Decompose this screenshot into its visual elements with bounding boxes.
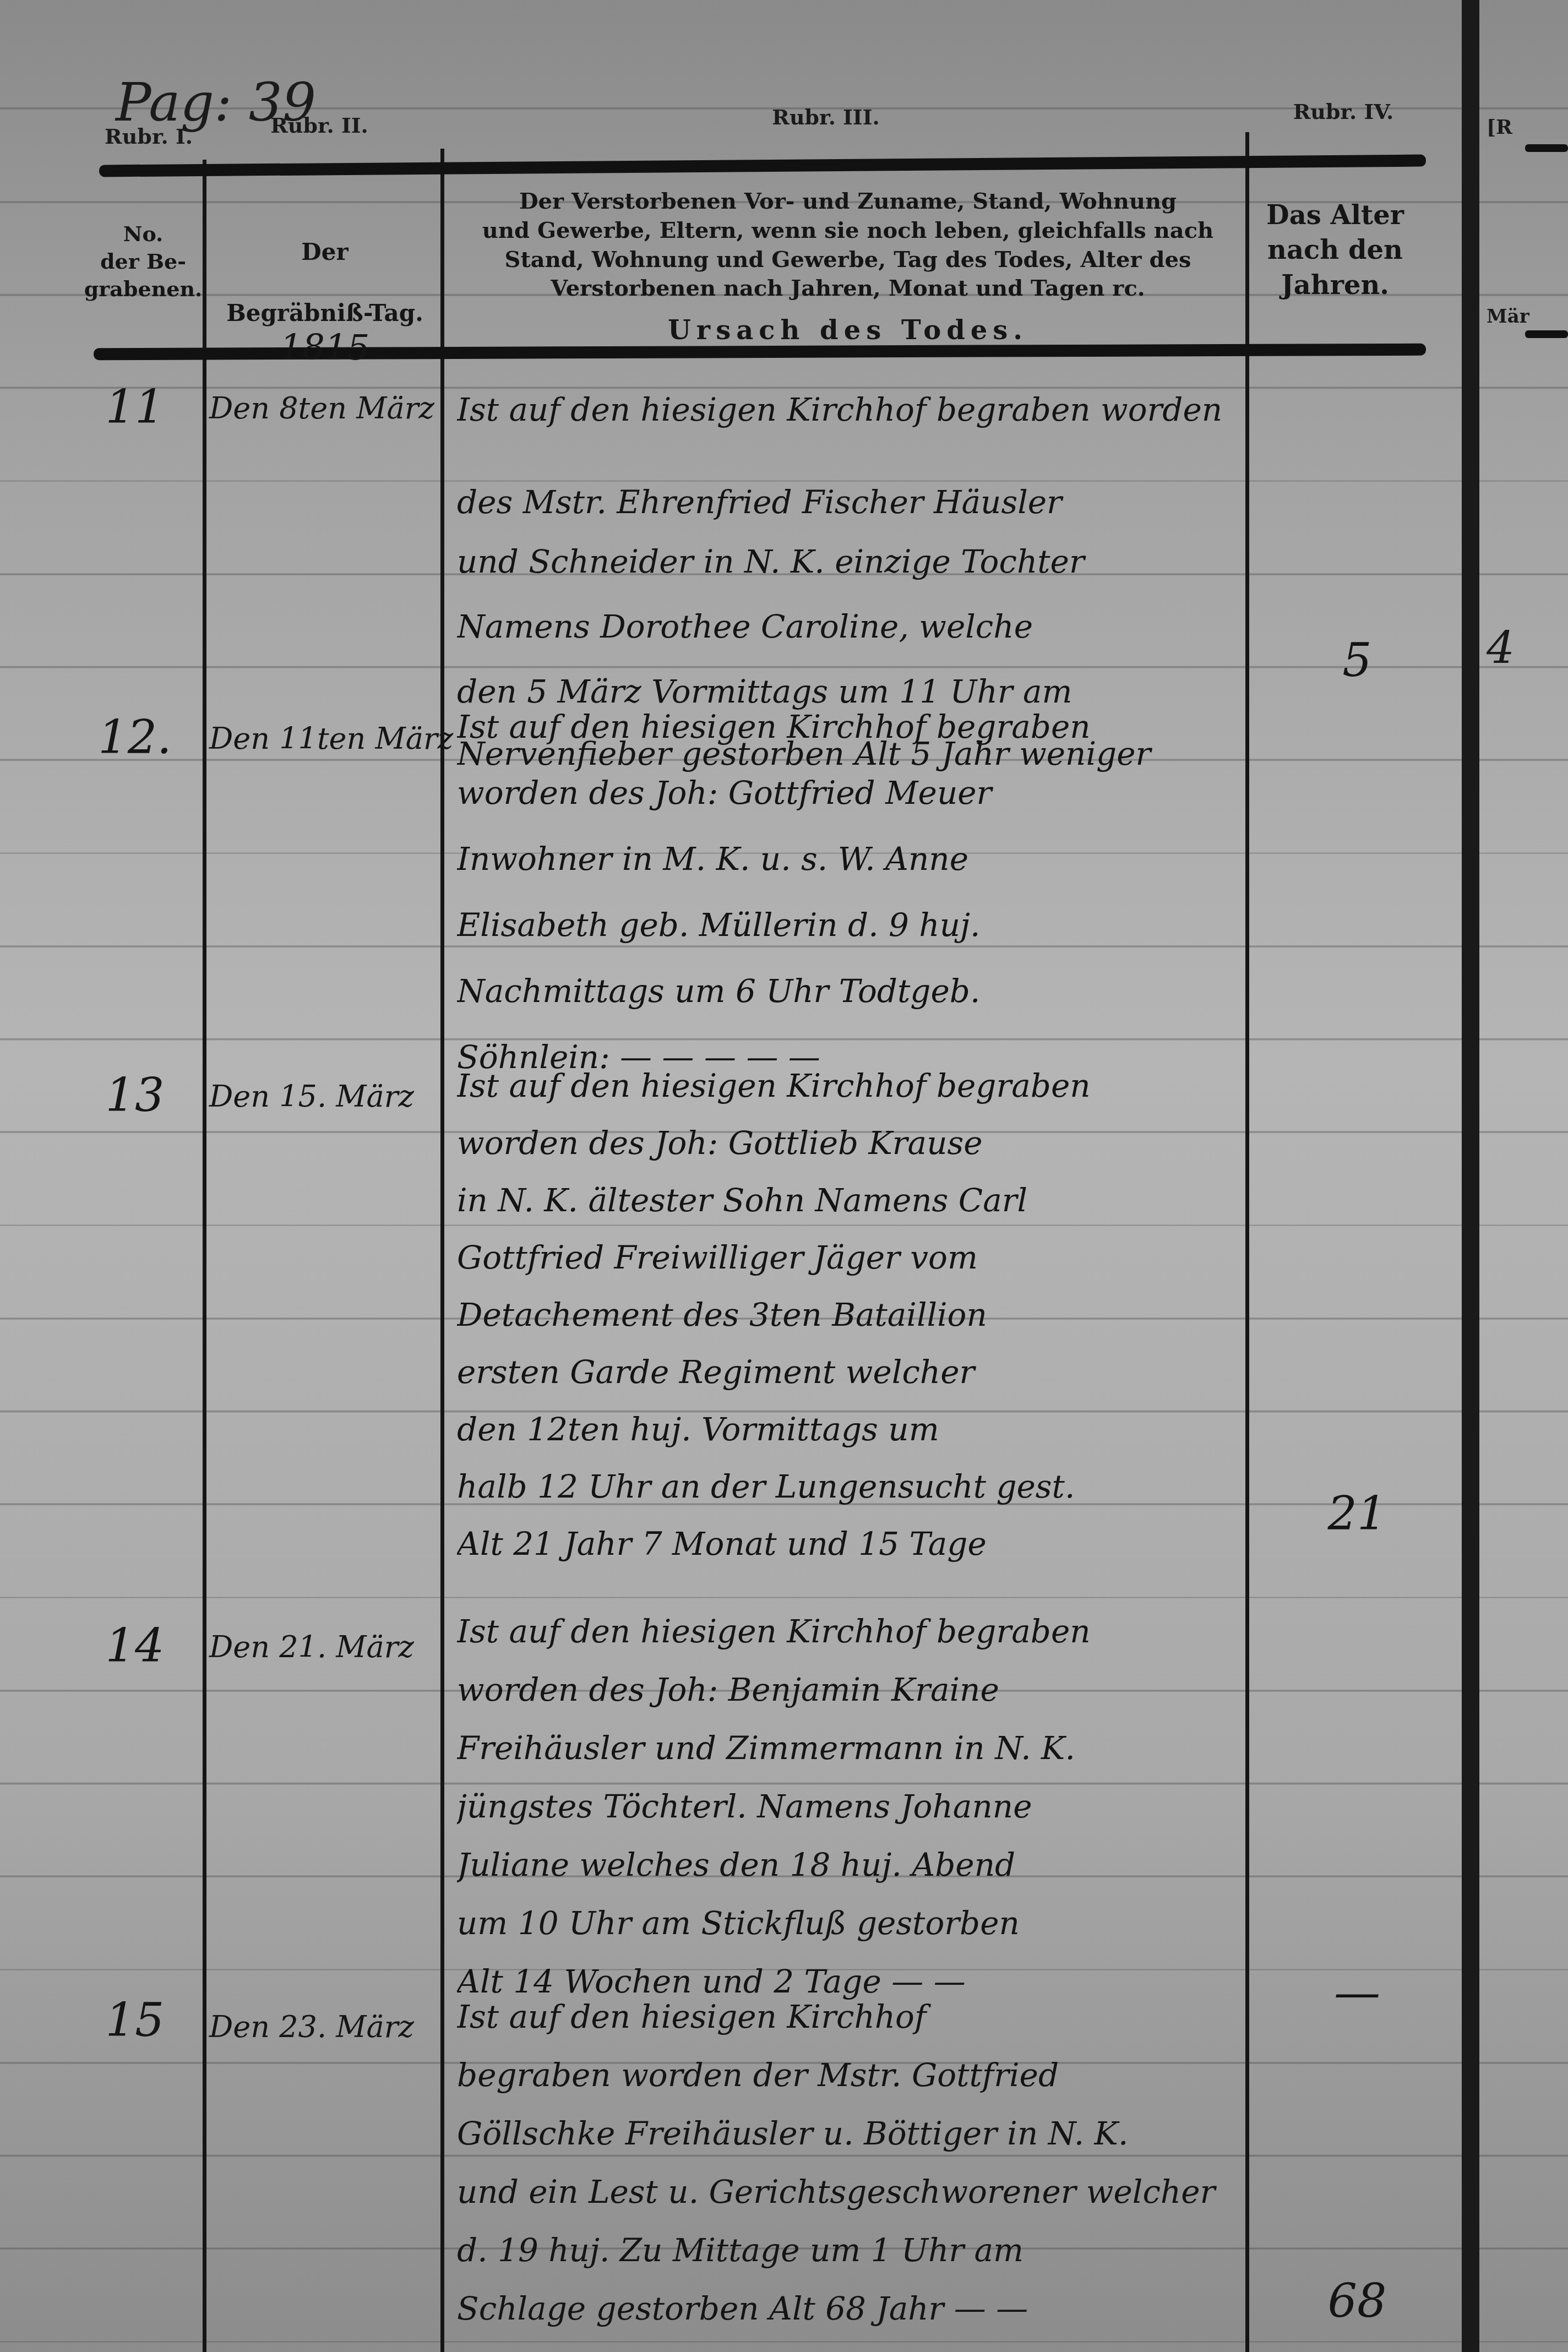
- rubric-2-label: Rubr. II.: [231, 113, 407, 138]
- entry-line: halb 12 Uhr an der Lungensucht gest.: [457, 1458, 1239, 1515]
- heading-line: Jahren.: [1281, 270, 1389, 301]
- column-heading-number: No. der Be- grabenen.: [83, 220, 204, 303]
- entry-line: Freihäusler und Zimmermann in N. K.: [457, 1719, 1239, 1777]
- heading-cause-of-death: Ursach des Todes.: [457, 313, 1239, 348]
- column-heading-deceased-details: Der Verstorbenen Vor- und Zuname, Stand,…: [457, 187, 1239, 349]
- heading-line: Der Verstorbenen Vor- und Zuname, Stand,…: [519, 188, 1177, 214]
- entry-14-age: —: [1261, 1966, 1453, 2019]
- entry-line: Detachement des 3ten Bataillion: [457, 1286, 1239, 1343]
- entry-line: und ein Lest u. Gerichtsgeschworener wel…: [457, 2163, 1239, 2221]
- entry-line: Schlage gestorben Alt 68 Jahr — —: [457, 2279, 1239, 2338]
- entry-15-text: Ist auf den hiesigen Kirchhof begraben w…: [457, 1988, 1239, 2338]
- heading-line: No.: [123, 221, 164, 246]
- heading-line: Begräbniß-Tag.: [226, 300, 423, 326]
- entry-14-date: Den 21. März: [209, 1630, 440, 1664]
- heading-line: Das Alter: [1266, 200, 1404, 231]
- heading-line: Verstorbenen nach Jahren, Monat und Tage…: [551, 275, 1145, 301]
- entry-13-text: Ist auf den hiesigen Kirchhof begraben w…: [457, 1057, 1239, 1572]
- rubric-1-label: Rubr. I.: [99, 124, 198, 149]
- heading-line: grabenen.: [84, 276, 203, 301]
- entry-12-number: 12.: [72, 710, 198, 764]
- entry-line: Ist auf den hiesigen Kirchhof begraben: [457, 694, 1239, 760]
- entry-line: Juliane welches den 18 huj. Abend: [457, 1836, 1239, 1894]
- entry-line: Nachmittags um 6 Uhr Todtgeb.: [457, 958, 1239, 1024]
- entry-line: begraben worden der Mstr. Gottfried: [457, 2046, 1239, 2104]
- entry-line: den 12ten huj. Vormittags um: [457, 1401, 1239, 1458]
- year-label: 1815: [209, 325, 440, 371]
- next-page-margin-mark: 4: [1487, 622, 1568, 673]
- heading-line: und Gewerbe, Eltern, wenn sie noch leben…: [482, 217, 1213, 243]
- entry-line: Gottfried Freiwilliger Jäger vom: [457, 1229, 1239, 1286]
- entry-line: Ist auf den hiesigen Kirchhof begraben: [457, 1602, 1239, 1660]
- entry-11-age: 5: [1261, 633, 1453, 687]
- register-page: Pag: 39 Rubr. I. Rubr. II. Rubr. III. Ru…: [0, 0, 1568, 2352]
- next-page-rubric-fragment: [R: [1487, 116, 1568, 139]
- entry-line: worden des Joh: Gottlieb Krause: [457, 1114, 1239, 1172]
- entry-line: um 10 Uhr am Stickfluß gestorben: [457, 1894, 1239, 1952]
- entry-13-age: 21: [1261, 1487, 1453, 1540]
- column-divider-1: [203, 160, 206, 2352]
- entry-13-number: 13: [72, 1068, 198, 1122]
- next-page-rule-top: [1525, 144, 1568, 152]
- entry-line: Ist auf den hiesigen Kirchhof begraben w…: [457, 363, 1239, 456]
- entry-line: Alt 21 Jahr 7 Monat und 15 Tage: [457, 1515, 1239, 1572]
- entry-line: Inwohner in M. K. u. s. W. Anne: [457, 826, 1239, 892]
- column-heading-age: Das Alter nach den Jahren.: [1255, 198, 1415, 303]
- entry-14-number: 14: [72, 1619, 198, 1673]
- entry-12-text: Ist auf den hiesigen Kirchhof begraben w…: [457, 694, 1239, 1090]
- entry-line: Elisabeth geb. Müllerin d. 9 huj.: [457, 892, 1239, 958]
- heading-line: nach den: [1267, 235, 1403, 265]
- entry-12-date: Den 11ten März: [209, 721, 440, 756]
- entry-line: Ist auf den hiesigen Kirchhof: [457, 1988, 1239, 2046]
- next-page-rule-bottom: [1525, 330, 1568, 338]
- entry-15-age: 68: [1261, 2274, 1453, 2328]
- rubric-3-label: Rubr. III.: [716, 105, 936, 129]
- entry-line: worden des Joh: Benjamin Kraine: [457, 1660, 1239, 1719]
- entry-line: worden des Joh: Gottfried Meuer: [457, 760, 1239, 826]
- next-page-heading-fragment: Mär: [1487, 306, 1568, 328]
- rubric-4-label: Rubr. IV.: [1266, 99, 1420, 124]
- entry-line: ersten Garde Regiment welcher: [457, 1343, 1239, 1401]
- entry-15-date: Den 23. März: [209, 2010, 440, 2044]
- column-heading-burial-day: Der Begräbniß-Tag. 1815: [209, 237, 440, 372]
- heading-line: Stand, Wohnung und Gewerbe, Tag des Tode…: [505, 247, 1191, 273]
- page-gutter: [1462, 0, 1479, 2352]
- column-divider-2: [440, 149, 444, 2352]
- entry-line: Ist auf den hiesigen Kirchhof begraben: [457, 1057, 1239, 1114]
- heading-line: der Be-: [100, 249, 186, 274]
- entry-13-date: Den 15. März: [209, 1079, 440, 1114]
- entry-line: jüngstes Töchterl. Namens Johanne: [457, 1777, 1239, 1836]
- entry-14-text: Ist auf den hiesigen Kirchhof begraben w…: [457, 1602, 1239, 2011]
- entry-line: in N. K. ältester Sohn Namens Carl: [457, 1172, 1239, 1229]
- column-divider-3: [1245, 132, 1249, 2352]
- entry-line: d. 19 huj. Zu Mittage um 1 Uhr am: [457, 2221, 1239, 2279]
- heading-line: Der: [301, 238, 348, 265]
- entry-line: Göllschke Freihäusler u. Böttiger in N. …: [457, 2104, 1239, 2163]
- entry-15-number: 15: [72, 1993, 198, 2047]
- entry-11-number: 11: [72, 380, 198, 434]
- entry-11-date: Den 8ten März: [209, 391, 440, 426]
